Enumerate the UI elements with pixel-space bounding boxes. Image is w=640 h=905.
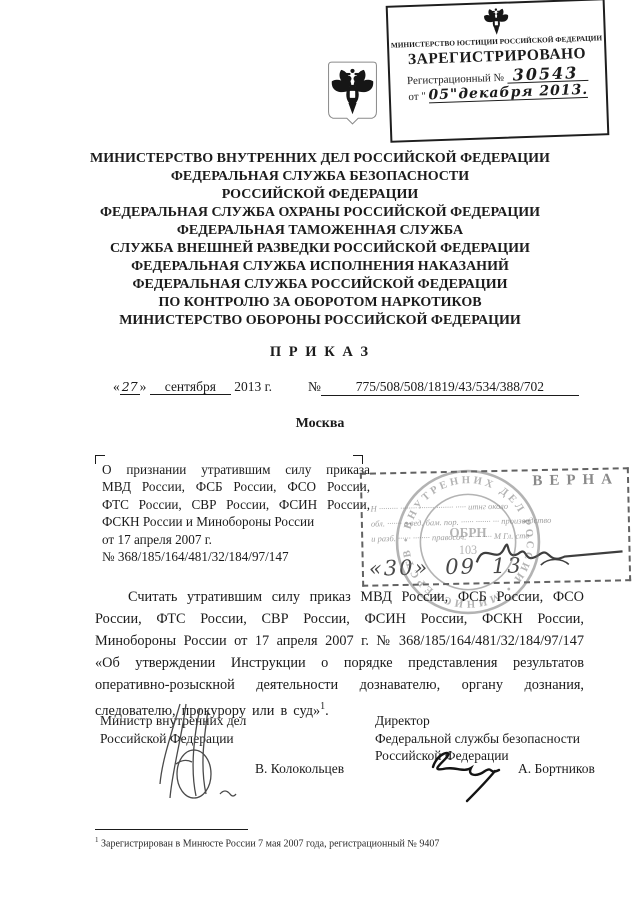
order-number-label: № [308,379,321,394]
justice-registration-stamp: МИНИСТЕРСТВО ЮСТИЦИИ РОССИЙСКОЙ ФЕДЕРАЦИ… [386,0,610,143]
subject-line: от 17 апреля 2007 г. [102,531,370,548]
registration-number-value: 30543 [506,65,588,84]
order-year: 2013 г. [234,379,272,394]
order-date: «27» сентября 2013 г. [113,379,272,395]
subject-line: ФСКН России и Минобороны России [102,513,370,530]
order-title: П Р И К А З [0,344,640,361]
quote-close: » [140,379,147,394]
justice-eagle-icon [479,5,512,36]
signer-role-line: Директор [375,712,580,730]
order-city: Москва [0,416,640,432]
footnote: 1 Зарегистрирован в Минюсте России 7 мая… [95,836,584,849]
footnote-separator [95,829,248,830]
seal-center-text: ОБРН [449,525,487,540]
letterhead: МИНИСТЕРСТВО ВНУТРЕННИХ ДЕЛ РОССИЙСКОЙ Ф… [40,150,600,330]
order-date-row: «27» сентября 2013 г. №775/508/508/1819/… [95,379,584,401]
quote-open: « [113,379,120,394]
footnote-text: Зарегистрирован в Минюсте России 7 мая 2… [99,838,440,849]
signer-name-left: В. Колокольцев [255,761,344,777]
org-line: РОССИЙСКОЙ ФЕДЕРАЦИИ [40,186,600,204]
signer-name-right: А. Бортников [518,761,595,777]
certification-stamp-heading: ВЕРНА [532,471,619,490]
seal-center-number: 103 [459,543,477,557]
subject-line: № 368/185/164/481/32/184/97/147 [102,548,370,565]
registration-date-value: 05"декабря 2013. [428,83,588,104]
subject-line: О признании утратившим силу приказа [102,461,370,478]
order-month: сентября [150,379,231,395]
russia-coat-of-arms-icon [321,60,384,133]
org-line: ФЕДЕРАЛЬНАЯ ТАМОЖЕННАЯ СЛУЖБА [40,222,600,240]
registration-date-prefix: от " [408,91,426,104]
org-line: МИНИСТЕРСТВО ВНУТРЕННИХ ДЕЛ РОССИЙСКОЙ Ф… [40,150,600,168]
bortnikov-signature [423,747,523,805]
org-line: ФЕДЕРАЛЬНАЯ СЛУЖБА ОХРАНЫ РОССИЙСКОЙ ФЕД… [40,204,600,222]
org-line: СЛУЖБА ВНЕШНЕЙ РАЗВЕДКИ РОССИЙСКОЙ ФЕДЕР… [40,240,600,258]
order-day: 27 [120,379,140,395]
org-line: ФЕДЕРАЛЬНАЯ СЛУЖБА ИСПОЛНЕНИЯ НАКАЗАНИЙ [40,258,600,276]
signer-role-line: Федеральной службы безопасности [375,730,580,748]
subject-line: ФТС России, СВР России, ФСИН России, [102,496,370,513]
order-number: №775/508/508/1819/43/534/388/702 [308,379,579,396]
order-number-value: 775/508/508/1819/43/534/388/702 [321,379,579,396]
kolokoltsev-signature [148,702,248,810]
body-tail: . [325,703,329,719]
org-line: ФЕДЕРАЛЬНАЯ СЛУЖБА БЕЗОПАСНОСТИ [40,168,600,186]
org-line: ФЕДЕРАЛЬНАЯ СЛУЖБА РОССИЙСКОЙ ФЕДЕРАЦИИ [40,276,600,294]
body-text: Считать утратившим силу приказ МВД Росси… [95,589,584,719]
org-line: ПО КОНТРОЛЮ ЗА ОБОРОТОМ НАРКОТИКОВ [40,294,600,312]
document-page: МИНИСТЕРСТВО ЮСТИЦИИ РОССИЙСКОЙ ФЕДЕРАЦИ… [0,0,640,905]
order-subject: О признании утратившим силу приказа МВД … [102,461,370,565]
org-line: МИНИСТЕРСТВО ОБОРОНЫ РОССИЙСКОЙ ФЕДЕРАЦИ… [40,312,600,330]
subject-line: МВД России, ФСБ России, ФСО России, [102,478,370,495]
